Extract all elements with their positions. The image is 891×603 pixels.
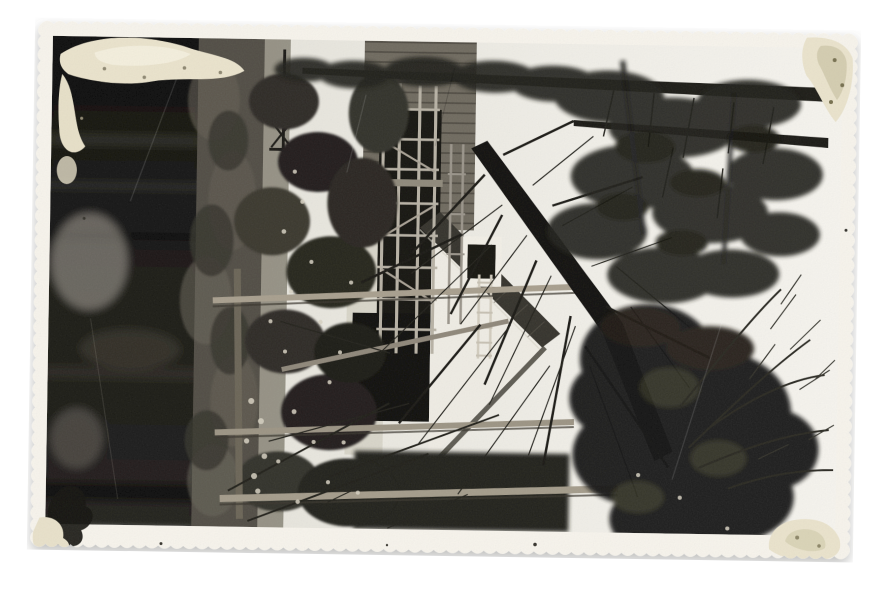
photograph-canvas: deckle-edged photo paper border bright o… — [27, 18, 861, 563]
film-grain: film grain and mottle — [27, 18, 861, 563]
page-background: { "page": { "background_color": "#ffffff… — [0, 0, 891, 603]
photo-paper: deckle-edged photo paper border bright o… — [27, 18, 861, 563]
vintage-photograph: deckle-edged photo paper border bright o… — [27, 18, 861, 563]
photo-with-shadow: deckle-edged photo paper border bright o… — [27, 18, 861, 563]
